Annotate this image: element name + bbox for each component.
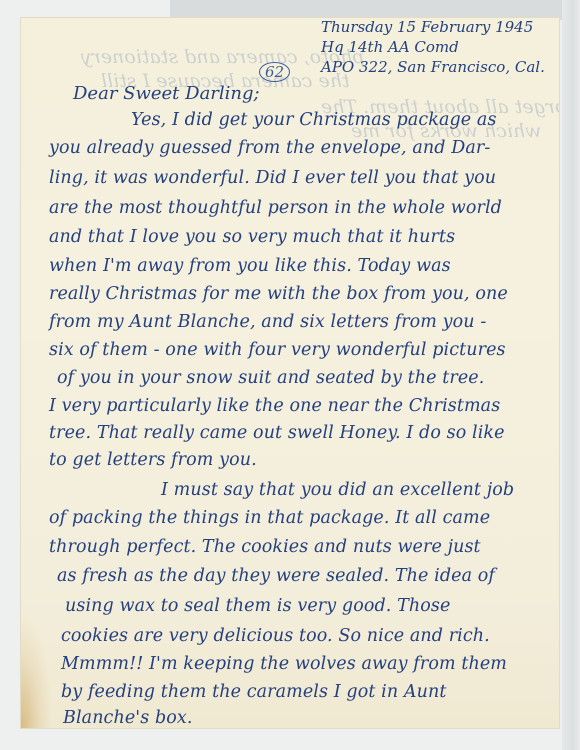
letter-greeting: Dear Sweet Darling;: [73, 83, 260, 104]
letter-line: cookies are very delicious too. So nice …: [61, 626, 490, 646]
letter-line: of you in your snow suit and seated by t…: [57, 368, 484, 388]
scanner-backing: [170, 0, 565, 20]
letter-line: using wax to seal them is very good. Tho…: [65, 596, 450, 616]
letter-line: Yes, I did get your Christmas package as: [131, 110, 497, 130]
letter-line: when I'm away from you like this. Today …: [49, 256, 451, 276]
letter-line: tree. That really came out swell Honey. …: [49, 423, 505, 443]
letter-date: Thursday 15 February 1945: [321, 18, 533, 36]
letter-line: are the most thoughtful person in the wh…: [49, 198, 502, 218]
letter-line: Blanche's box.: [63, 708, 193, 728]
scanner-edge-strip: [562, 0, 580, 750]
letter-line: as fresh as the day they were sealed. Th…: [57, 566, 495, 586]
letter-line: and that I love you so very much that it…: [49, 227, 455, 247]
letter-page: photo, camera and stationery the camera …: [21, 18, 559, 728]
letter-line: I must say that you did an excellent job: [161, 480, 514, 500]
letter-line: six of them - one with four very wonderf…: [49, 340, 506, 360]
letter-line: to get letters from you.: [49, 450, 257, 470]
letter-line: I very particularly like the one near th…: [49, 396, 500, 416]
letter-line: you already guessed from the envelope, a…: [49, 138, 490, 158]
letter-line: from my Aunt Blanche, and six letters fr…: [49, 312, 486, 332]
letter-line: Mmmm!! I'm keeping the wolves away from …: [61, 654, 507, 674]
letter-unit: Hq 14th AA Comd: [321, 38, 459, 56]
letter-line: of packing the things in that package. I…: [49, 508, 490, 528]
letter-line: by feeding them the caramels I got in Au…: [61, 682, 447, 702]
letter-line: through perfect. The cookies and nuts we…: [49, 537, 481, 557]
letter-line: really Christmas for me with the box fro…: [49, 284, 508, 304]
letter-address: APO 322, San Francisco, Cal.: [321, 58, 545, 76]
letter-line: ling, it was wonderful. Did I ever tell …: [49, 168, 496, 188]
page-number: 62: [259, 62, 290, 82]
